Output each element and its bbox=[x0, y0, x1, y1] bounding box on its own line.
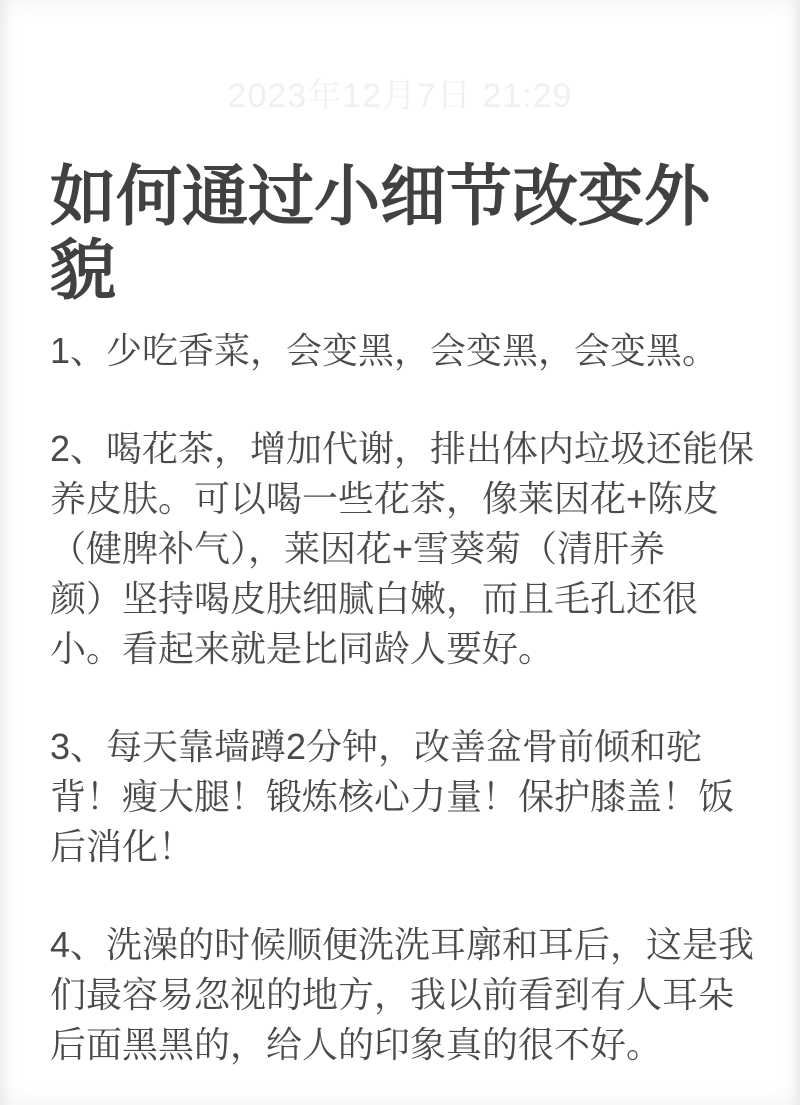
note-paragraph-3: 3、每天靠墙蹲2分钟，改善盆骨前倾和驼 背！瘦大腿！锻炼核心力量！保护膝盖！饭 … bbox=[50, 722, 765, 872]
left-edge-vignette bbox=[0, 0, 10, 1105]
right-edge-vignette bbox=[790, 0, 800, 1105]
note-timestamp: 2023年12月7日 21:29 bbox=[0, 68, 800, 117]
note-paragraph-4: 4、洗澡的时候顺便洗洗耳廓和耳后，这是我 们最容易忽视的地方，我以前看到有人耳朵… bbox=[50, 920, 765, 1070]
note-paragraph-1: 1、少吃香菜，会变黑，会变黑，会变黑。 bbox=[50, 326, 765, 376]
note-body: 1、少吃香菜，会变黑，会变黑，会变黑。 2、喝花茶，增加代谢，排出体内垃圾还能保… bbox=[50, 326, 765, 1070]
note-title: 如何通过小细节改变外貌 bbox=[50, 160, 770, 308]
note-paragraph-2: 2、喝花茶，增加代谢，排出体内垃圾还能保 养皮肤。可以喝一些花茶，像莱因花+陈皮… bbox=[50, 424, 765, 674]
note-page: 2023年12月7日 21:29 如何通过小细节改变外貌 1、少吃香菜，会变黑，… bbox=[0, 0, 800, 1105]
